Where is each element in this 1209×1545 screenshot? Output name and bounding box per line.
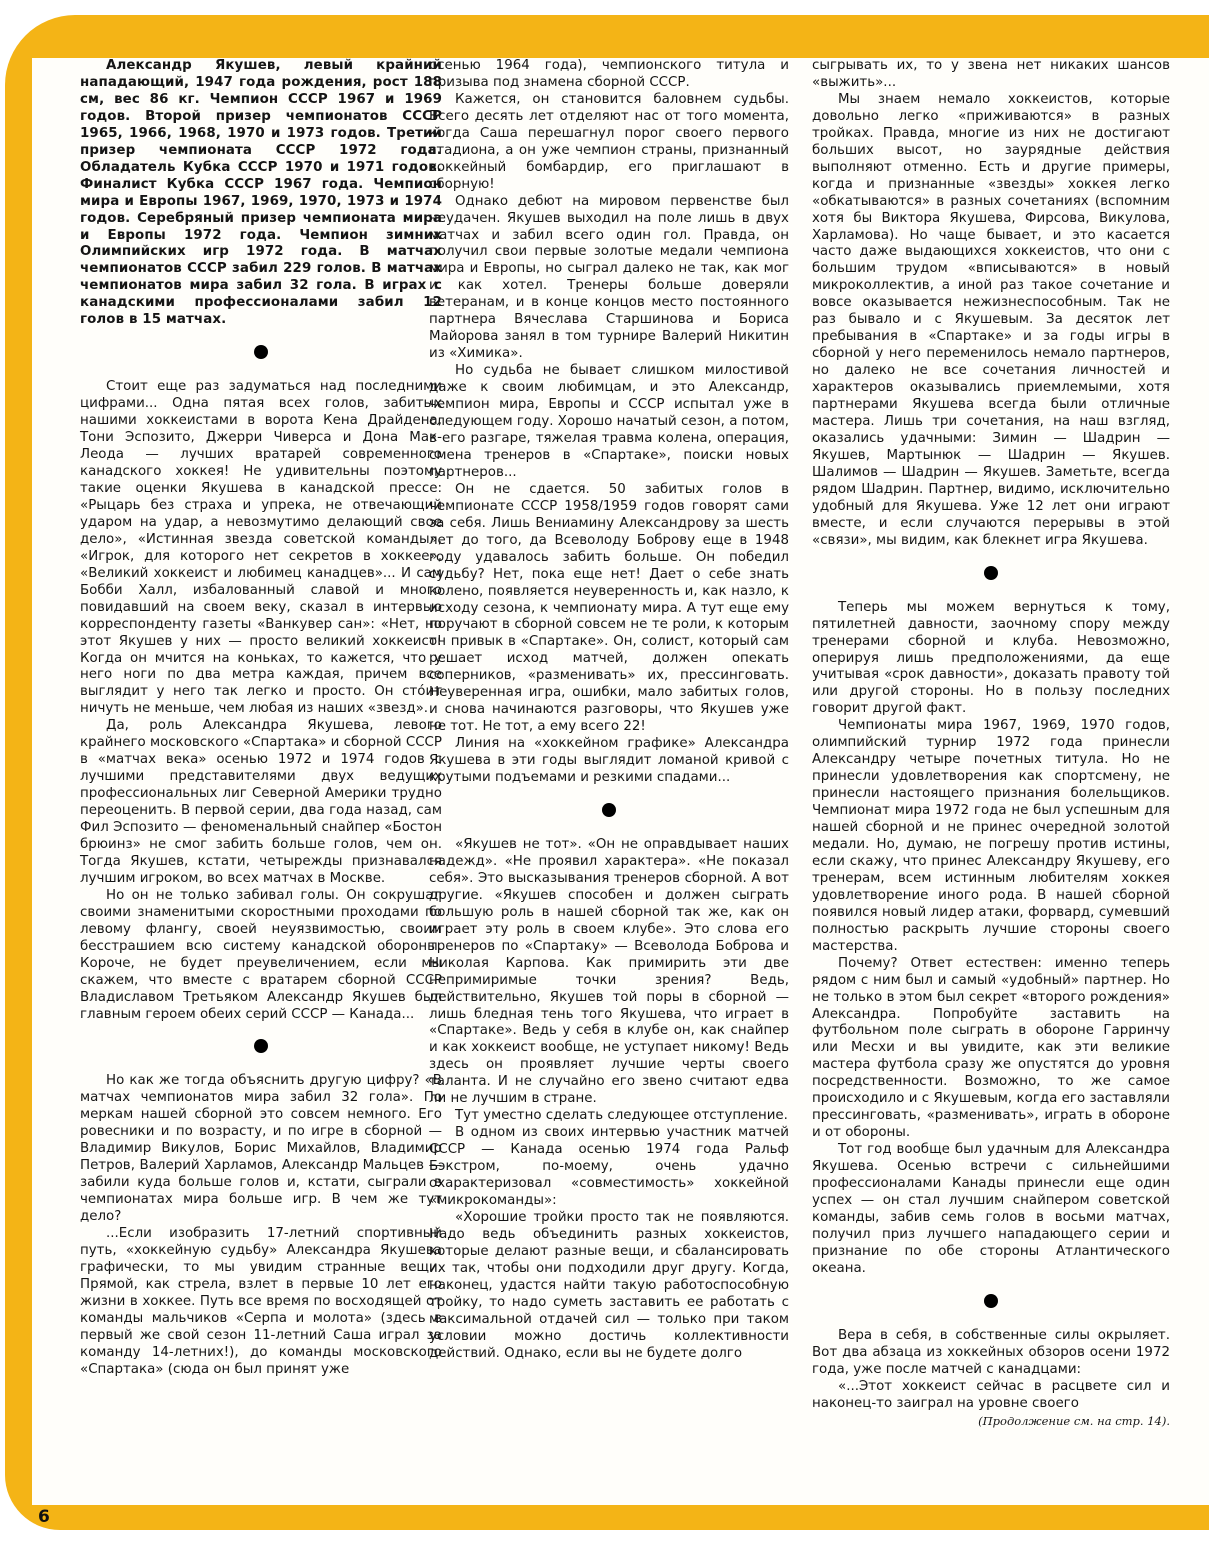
section-divider-bullet	[254, 1039, 268, 1053]
paragraph: Кажется, он становится баловнем судьбы. …	[429, 92, 789, 194]
paragraph: Чемпионаты мира 1967, 1969, 1970 годов, …	[812, 718, 1170, 955]
paragraph: сыгрывать их, то у звена нет никаких шан…	[812, 58, 1170, 92]
paragraph: Теперь мы можем вернуться к тому, пятиле…	[812, 600, 1170, 719]
section-divider-bullet	[984, 1294, 998, 1308]
paragraph: Но он не только забивал голы. Он сокруша…	[80, 888, 442, 1024]
quote-paragraph: «...Этот хоккеист сейчас в расцвете сил …	[812, 1379, 1170, 1413]
paragraph: ...Если изобразить 17-летний спортивный …	[80, 1226, 442, 1379]
column-2: осенью 1964 года), чемпионского титула и…	[429, 28, 789, 1363]
column-1: Александр Якушев, левый крайний нападающ…	[80, 28, 442, 1379]
paragraph: Но как же тогда объяснить другую цифру? …	[80, 1073, 442, 1226]
page-number: 6	[38, 1507, 50, 1527]
paragraph: Тот год вообще был удачным для Александр…	[812, 1142, 1170, 1278]
section-divider-bullet	[254, 345, 268, 359]
paragraph: осенью 1964 года), чемпионского титула и…	[429, 58, 789, 92]
paragraph: Однако дебют на мировом первенстве был н…	[429, 194, 789, 364]
paragraph: Линия на «хоккейном графике» Александра …	[429, 736, 789, 787]
column-3: сыгрывать их, то у звена нет никаких шан…	[812, 28, 1170, 1429]
section-divider-bullet	[602, 803, 616, 817]
paragraph: Но судьба не бывает слишком милостивой д…	[429, 363, 789, 482]
paragraph: Стоит еще раз задуматься над последними …	[80, 379, 442, 718]
bio-summary: Александр Якушев, левый крайний нападающ…	[80, 58, 442, 329]
paragraph: Мы знаем немало хоккеистов, которые дово…	[812, 92, 1170, 550]
continuation-link[interactable]: (Продолжение см. на стр. 14).	[812, 1413, 1170, 1430]
paragraph: Он не сдается. 50 забитых голов в чемпио…	[429, 482, 789, 736]
paragraph: В одном из своих интервью участник матче…	[429, 1125, 789, 1210]
paragraph: «Якушев не тот». «Он не оправдывает наши…	[429, 837, 789, 1108]
paragraph: Вера в себя, в собственные силы окрыляет…	[812, 1328, 1170, 1379]
page-content: Александр Якушев, левый крайний нападающ…	[32, 58, 1209, 1505]
quote-paragraph: «Хорошие тройки просто так не появляются…	[429, 1210, 789, 1363]
section-divider-bullet	[984, 566, 998, 580]
paragraph: Тут уместно сделать следующее отступлени…	[429, 1108, 789, 1125]
paragraph: Да, роль Александра Якушева, левого край…	[80, 718, 442, 888]
paragraph: Почему? Ответ естествен: именно теперь р…	[812, 956, 1170, 1142]
